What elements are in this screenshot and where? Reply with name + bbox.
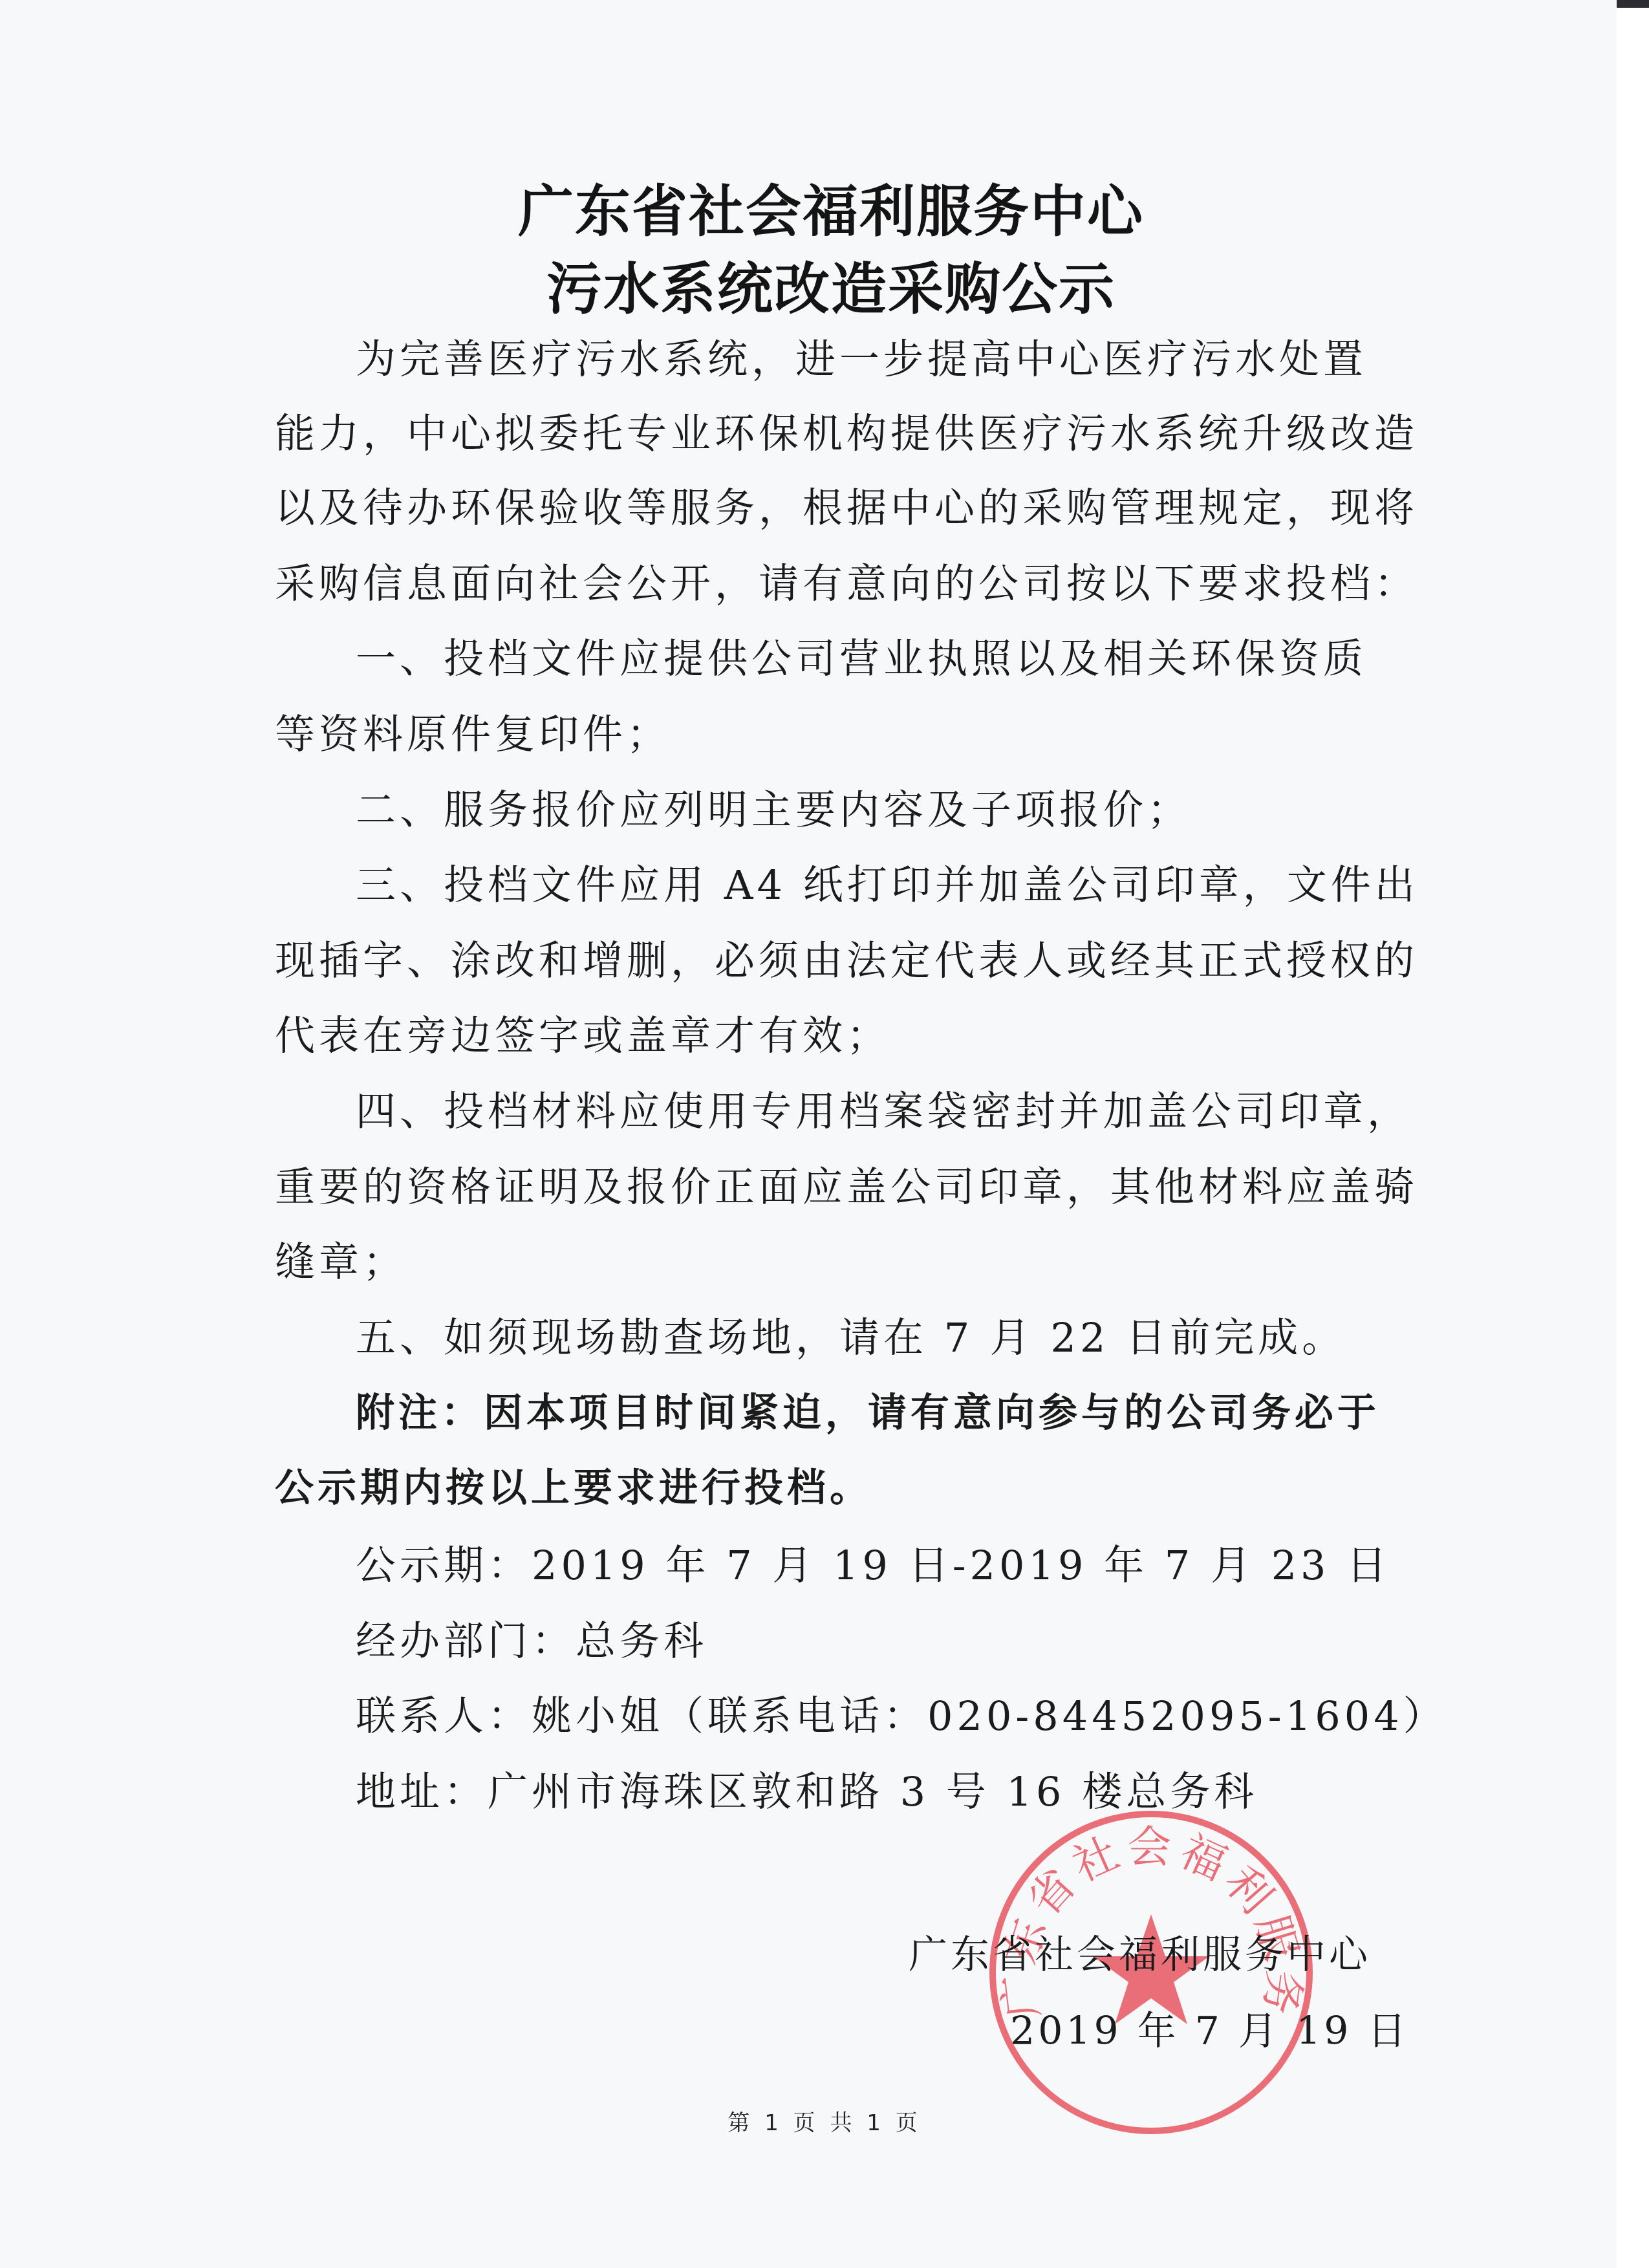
- document-title-line-1: 广东省社会福利服务中心: [6, 167, 1649, 247]
- intro-line-3: 以及待办环保验收等服务，根据中心的采购管理规定，现将: [275, 488, 1418, 528]
- requirement-4-line-2: 重要的资格证明及报价正面应盖公司印章，其他材料应盖骑: [275, 1167, 1418, 1207]
- requirement-3-line-1: 三、投档文件应用 A4 纸打印并加盖公司印章，文件出: [356, 865, 1419, 905]
- requirement-1-line-2: 等资料原件复印件；: [275, 715, 671, 755]
- intro-line-2: 能力，中心拟委托专业环保机构提供医疗污水系统升级改造: [275, 414, 1418, 454]
- signing-organization: 广东省社会福利服务中心: [909, 1924, 1371, 1980]
- note-line-2: 公示期内按以上要求进行投档。: [275, 1469, 872, 1507]
- scan-edge-dark-corner: [1617, 0, 1649, 8]
- scan-edge-strip: [1617, 8, 1649, 2268]
- requirement-1-line-1: 一、投档文件应提供公司营业执照以及相关环保资质: [356, 639, 1367, 679]
- notice-page: 广东省社会福利服务中心 污水系统改造采购公示 为完善医疗污水系统，进一步提高中心…: [0, 0, 1617, 2268]
- handling-department: 经办部门：总务科: [356, 1621, 707, 1661]
- requirement-3-line-3: 代表在旁边签字或盖章才有效；: [275, 1016, 890, 1056]
- publicity-period: 公示期：2019 年 7 月 19 日-2019 年 7 月 23 日: [356, 1546, 1390, 1586]
- requirement-4-line-1: 四、投档材料应使用专用档案袋密封并加盖公司印章，: [356, 1092, 1411, 1132]
- note-line-1: 附注：因本项目时间紧迫，请有意向参与的公司务必于: [356, 1394, 1380, 1432]
- requirement-5-line-1: 五、如须现场勘查场地，请在 7 月 22 日前完成。: [356, 1318, 1346, 1358]
- page-indicator: 第 1 页 共 1 页: [0, 2105, 1649, 2137]
- requirement-3-line-2: 现插字、涂改和增删，必须由法定代表人或经其正式授权的: [275, 941, 1418, 981]
- document-title-line-2: 污水系统改造采购公示: [6, 244, 1649, 325]
- signing-date: 2019 年 7 月 19 日: [1010, 2000, 1410, 2056]
- intro-line-4: 采购信息面向社会公开，请有意向的公司按以下要求投档：: [275, 564, 1418, 604]
- contact-person: 联系人：姚小姐（联系电话：020-84452095-1604）: [356, 1696, 1447, 1736]
- requirement-2-line-1: 二、服务报价应列明主要内容及子项报价；: [356, 790, 1191, 830]
- intro-line-1: 为完善医疗污水系统，进一步提高中心医疗污水处置: [356, 340, 1367, 380]
- requirement-4-line-3: 缝章；: [275, 1242, 407, 1282]
